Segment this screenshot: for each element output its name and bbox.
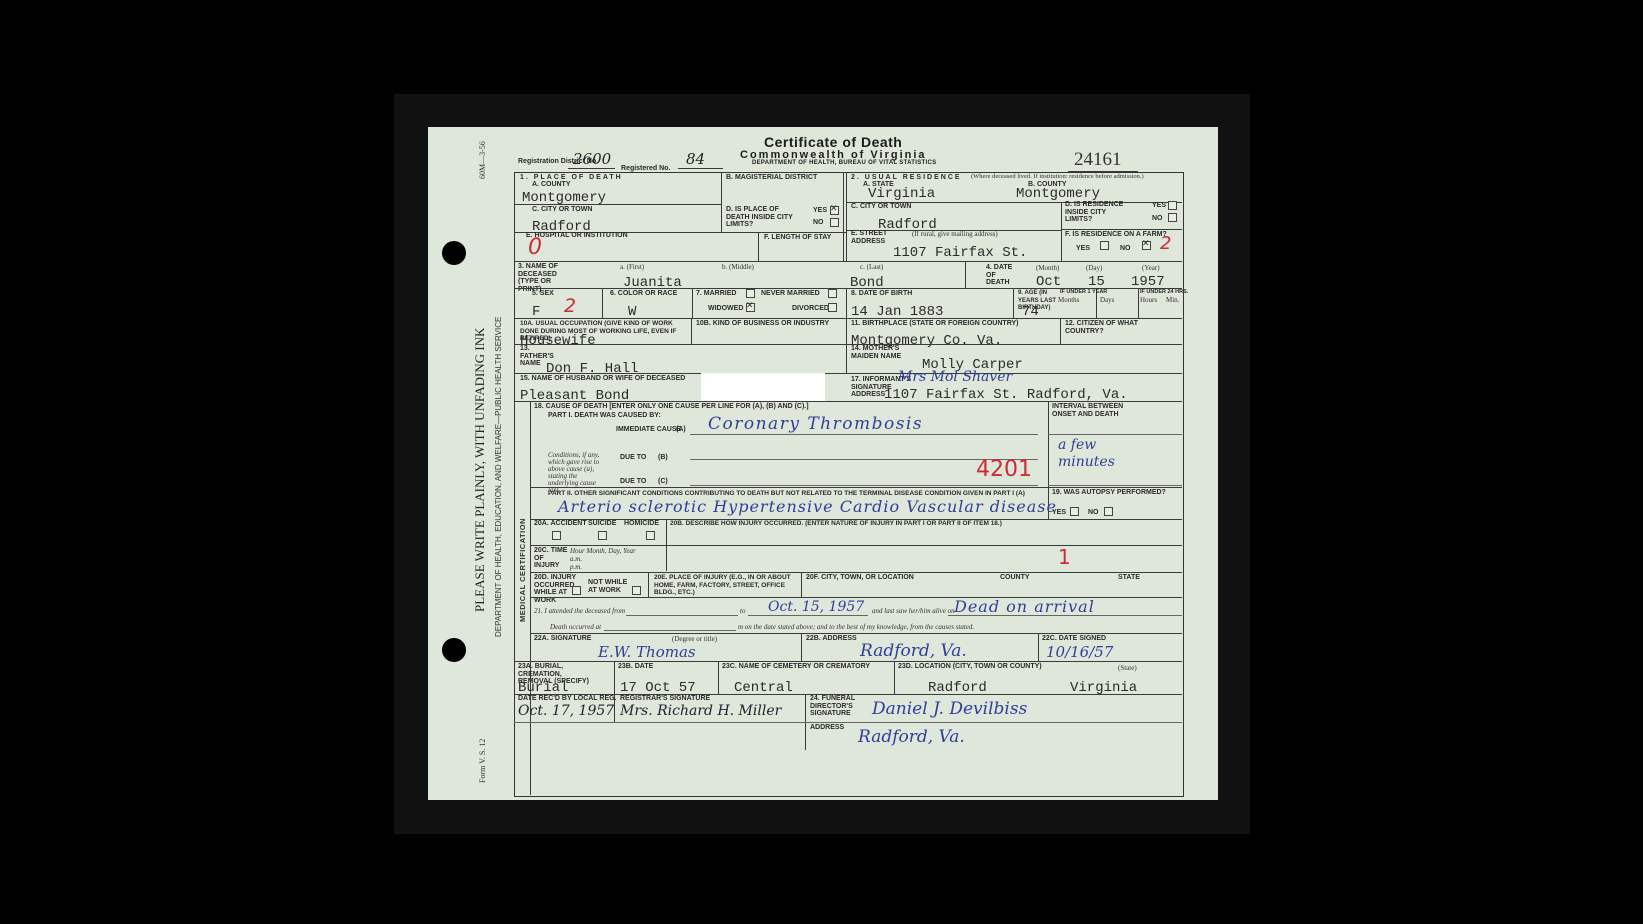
farm-yes-checkbox[interactable] <box>1100 241 1109 250</box>
binder-hole <box>442 638 466 662</box>
cause-code: 4201 <box>976 457 1032 482</box>
physician-address: Radford, Va. <box>860 641 967 661</box>
binder-hole <box>442 241 466 265</box>
department-name: Department of Health, Bureau of Vital St… <box>752 160 936 166</box>
physician-signature: E.W. Thomas <box>598 643 696 661</box>
death-inside-city-yes-checkbox[interactable] <box>830 206 839 215</box>
funeral-director-signature: Daniel J. Devilbiss <box>872 699 1027 719</box>
divorced-checkbox[interactable] <box>828 303 837 312</box>
suicide-checkbox[interactable] <box>598 531 607 540</box>
married-checkbox[interactable] <box>746 289 755 298</box>
at-work-checkbox[interactable] <box>572 586 581 595</box>
form-number: Form V. S. 12 <box>478 739 487 783</box>
death-county: Montgomery <box>522 190 606 206</box>
residence-state: Virginia <box>868 186 935 202</box>
registered-no: 84 <box>686 150 705 168</box>
residence-inside-city-yes-checkbox[interactable] <box>1168 201 1177 210</box>
attended-to-date: Oct. 15, 1957 <box>768 599 864 615</box>
autopsy-yes-checkbox[interactable] <box>1070 507 1079 516</box>
residence-county: Montgomery <box>1016 186 1100 202</box>
informant-signature: Mrs Mol Shaver <box>898 369 1012 385</box>
department-line: DEPARTMENT OF HEALTH, EDUCATION, AND WEL… <box>494 317 503 637</box>
accident-checkbox[interactable] <box>552 531 561 540</box>
date-received: Oct. 17, 1957 <box>518 703 614 719</box>
death-certificate: 60M—3-56 PLEASE WRITE PLAINLY, WITH UNFA… <box>428 127 1218 800</box>
residence-street: 1107 Fairfax St. <box>893 245 1027 261</box>
farm-no-checkbox[interactable] <box>1142 241 1151 250</box>
contributing-conditions: Arterio sclerotic Hypertensive Cardio Va… <box>558 497 1057 516</box>
hospital-code: 0 <box>528 235 542 260</box>
certificate-number: 24161 <box>1074 149 1122 171</box>
funeral-director-address: Radford, Va. <box>858 727 965 747</box>
residence-inside-city-no-checkbox[interactable] <box>1168 213 1177 222</box>
registrar-signature: Mrs. Richard H. Miller <box>620 703 781 719</box>
immediate-cause: Coronary Thrombosis <box>708 414 923 434</box>
last-seen-alive: Dead on arrival <box>954 597 1095 616</box>
date-signed: 10/16/57 <box>1046 643 1113 661</box>
redacted-field <box>701 373 825 401</box>
death-inside-city-no-checkbox[interactable] <box>830 218 839 227</box>
not-at-work-checkbox[interactable] <box>632 586 641 595</box>
registration-district: 2600 <box>573 150 611 168</box>
interval-onset-death: a few minutes <box>1058 437 1118 471</box>
injury-code-mark: 1 <box>1058 545 1071 569</box>
farm-code: 2 <box>1160 233 1171 254</box>
homicide-checkbox[interactable] <box>646 531 655 540</box>
form-code: 60M—3-56 <box>478 141 487 179</box>
autopsy-no-checkbox[interactable] <box>1104 507 1113 516</box>
sex-code: 2 <box>564 295 576 317</box>
certificate-title: Certificate of Death <box>764 134 902 150</box>
ink-instruction: PLEASE WRITE PLAINLY, WITH UNFADING INK <box>472 328 488 612</box>
cause-of-death-label: 18. CAUSE OF DEATH [Enter only one cause… <box>534 403 809 411</box>
never-married-checkbox[interactable] <box>828 289 837 298</box>
widowed-checkbox[interactable] <box>746 303 755 312</box>
